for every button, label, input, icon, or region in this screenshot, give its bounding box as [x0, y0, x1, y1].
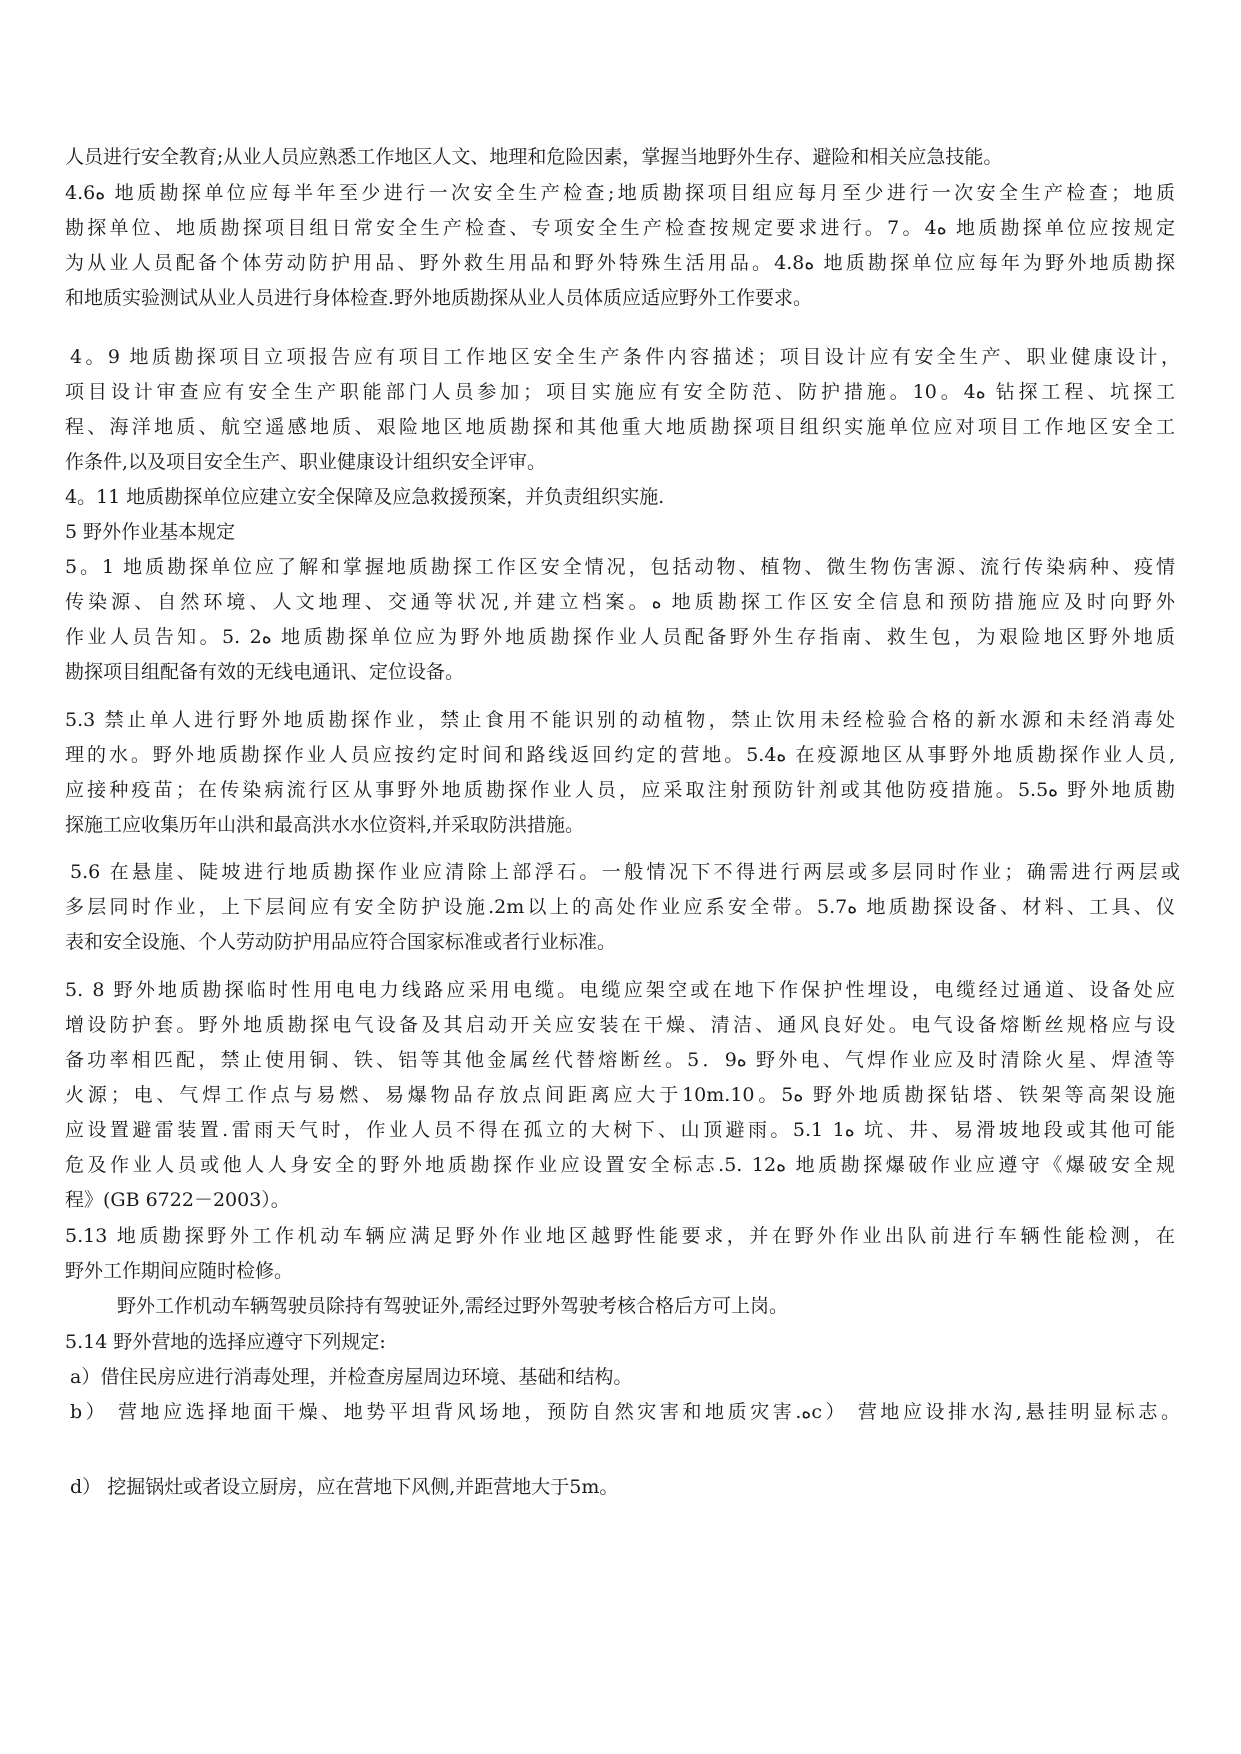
- document-page: 人员进行安全教育;从业人员应熟悉工作地区人文、地理和危险因素，掌握当地野外生存、…: [0, 0, 1241, 1754]
- text-line: 危及作业人员或他人人身安全的野外地质勘探作业应设置安全标志.5. 12ه 地质勘…: [65, 1153, 1175, 1177]
- text-line: 探施工应收集历年山洪和最高洪水水位资料,并采取防洪措施。: [65, 813, 1175, 837]
- text-line: 5。1 地质勘探单位应了解和掌握地质勘探工作区安全情况，包括动物、植物、微生物伤…: [65, 555, 1175, 579]
- text-line: 5.6 在悬崖、陡坡进行地质勘探作业应清除上部浮石。一般情况下不得进行两层或多层…: [70, 860, 1180, 884]
- text-line: 作业人员告知。5. 2ه 地质勘探单位应为野外地质勘探作业人员配备野外生存指南、…: [65, 625, 1175, 649]
- text-line: 4.6ه 地质勘探单位应每半年至少进行一次安全生产检查;地质勘探项目组应每月至少…: [65, 181, 1175, 205]
- section-heading: 5 野外作业基本规定: [65, 520, 1175, 544]
- text-line: 项目设计审查应有安全生产职能部门人员参加；项目实施应有安全防范、防护措施。10。…: [65, 380, 1175, 404]
- text-line: 勘探项目组配备有效的无线电通讯、定位设备。: [65, 660, 1175, 684]
- text-line: 传染源、自然环境、人文地理、交通等状况,并建立档案。ه 地质勘探工作区安全信息和…: [65, 590, 1175, 614]
- text-line: 备功率相匹配，禁止使用铜、铁、铝等其他金属丝代替熔断丝。5．9ه 野外电、气焊作…: [65, 1048, 1175, 1072]
- text-line: 人员进行安全教育;从业人员应熟悉工作地区人文、地理和危险因素，掌握当地野外生存、…: [65, 145, 1175, 169]
- text-line: 多层同时作业，上下层间应有安全防护设施.2m以上的高处作业应系安全带。5.7ه …: [65, 895, 1175, 919]
- text-line: 表和安全设施、个人劳动防护用品应符合国家标准或者行业标准。: [65, 930, 1175, 954]
- text-line: 5.14 野外营地的选择应遵守下列规定:: [65, 1330, 1175, 1354]
- text-line: 理的水。野外地质勘探作业人员应按约定时间和路线返回约定的营地。5.4ه 在疫源地…: [65, 743, 1175, 767]
- text-line: 和地质实验测试从业人员进行身体检查.野外地质勘探从业人员体质应适应野外工作要求。: [65, 286, 1175, 310]
- text-line: 程》(GB 6722－2003）。: [65, 1188, 1175, 1212]
- text-line: 应设置避雷装置.雷雨天气时，作业人员不得在孤立的大树下、山顶避雨。5.1 1ه …: [65, 1118, 1175, 1142]
- text-line: 应接种疫苗；在传染病流行区从事野外地质勘探作业人员，应采取注射预防针剂或其他防疫…: [65, 778, 1175, 802]
- text-line: 火源；电、气焊工作点与易燃、易爆物品存放点间距离应大于10m.10。5ه 野外地…: [65, 1083, 1175, 1107]
- text-line: 作条件,以及项目安全生产、职业健康设计组织安全评审。: [65, 450, 1175, 474]
- list-item: b） 营地应选择地面干燥、地势平坦背风场地，预防自然灾害和地质灾害.هc） 营地…: [70, 1400, 1180, 1424]
- text-line: 程、海洋地质、航空遥感地质、艰险地区地质勘探和其他重大地质勘探项目组织实施单位应…: [65, 415, 1175, 439]
- text-line: 4。9 地质勘探项目立项报告应有项目工作地区安全生产条件内容描述；项目设计应有安…: [70, 345, 1180, 369]
- text-line: 野外工作期间应随时检修。: [65, 1259, 1175, 1283]
- section-heading: 4。11 地质勘探单位应建立安全保障及应急救援预案，并负责组织实施.: [65, 485, 1175, 509]
- text-line: 为从业人员配备个体劳动防护用品、野外救生用品和野外特殊生活用品。4.8ه 地质勘…: [65, 251, 1175, 275]
- list-item: d） 挖掘锅灶或者设立厨房，应在营地下风侧,并距营地大于5m。: [70, 1475, 1180, 1499]
- text-line: 5.3 禁止单人进行野外地质勘探作业，禁止食用不能识别的动植物，禁止饮用未经检验…: [65, 708, 1175, 732]
- text-line: 勘探单位、地质勘探项目组日常安全生产检查、专项安全生产检查按规定要求进行。7。4…: [65, 216, 1175, 240]
- text-line: 增设防护套。野外地质勘探电气设备及其启动开关应安装在干燥、清洁、通风良好处。电气…: [65, 1013, 1175, 1037]
- text-line: 5. 8 野外地质勘探临时性用电电力线路应采用电缆。电缆应架空或在地下作保护性埋…: [65, 978, 1175, 1002]
- text-line: 野外工作机动车辆驾驶员除持有驾驶证外,需经过野外驾驶考核合格后方可上岗。: [117, 1294, 1175, 1318]
- text-line: 5.13 地质勘探野外工作机动车辆应满足野外作业地区越野性能要求，并在野外作业出…: [65, 1224, 1175, 1248]
- list-item: a）借住民房应进行消毒处理，并检查房屋周边环境、基础和结构。: [70, 1365, 1180, 1389]
